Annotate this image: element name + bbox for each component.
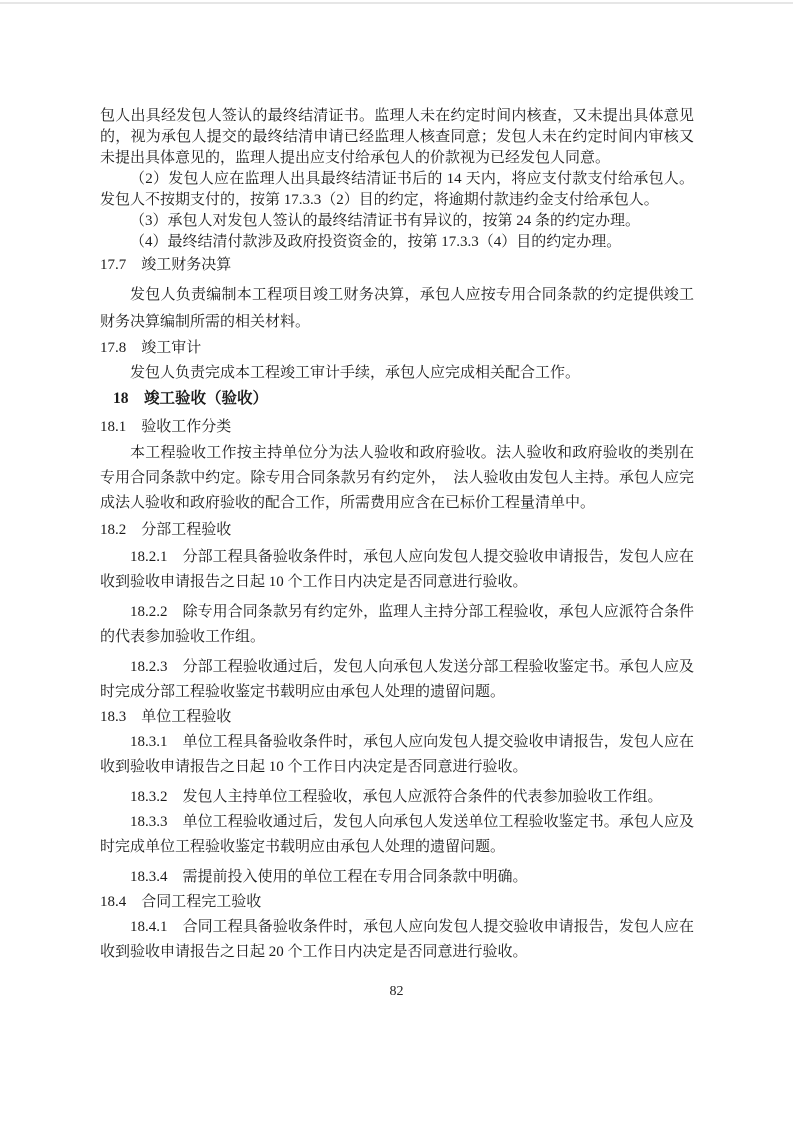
page-number: 82 xyxy=(0,984,793,1000)
paragraph-18-3-1: 18.3.1 单位工程具备验收条件时，承包人应向发包人提交验收申请报告，发包人应… xyxy=(100,730,694,780)
paragraph-18-3-3: 18.3.3 单位工程验收通过后，发包人向承包人发送单位工程验收鉴定书。承包人应… xyxy=(100,810,694,860)
paragraph-18-1: 本工程验收工作按主持单位分为法人验收和政府验收。法人验收和政府验收的类别在专用合… xyxy=(100,441,694,516)
paragraph-18-3-2: 18.3.2 发包人主持单位工程验收，承包人应派符合条件的代表参加验收工作组。 xyxy=(100,785,694,810)
paragraph-18-3-4: 18.3.4 需提前投入使用的单位工程在专用合同条款中明确。 xyxy=(100,865,694,890)
section-heading-18-3: 18.3 单位工程验收 xyxy=(100,705,694,730)
paragraph-18-2-2: 18.2.2 除专用合同条款另有约定外，监理人主持分部工程验收，承包人应派符合条… xyxy=(100,600,694,650)
list-item-4: （4）最终结清付款涉及政府投资资金的，按第 17.3.3（4）目的约定办理。 xyxy=(100,232,694,253)
document-page: 包人出具经发包人签认的最终结清证书。监理人未在约定时间内核查，又未提出具体意见的… xyxy=(0,0,793,1122)
paragraph-18-2-1: 18.2.1 分部工程具备验收条件时，承包人应向发包人提交验收申请报告，发包人应… xyxy=(100,545,694,595)
paragraph-17-7: 发包人负责编制本工程项目竣工财务决算，承包人应按专用合同条款的约定提供竣工财务决… xyxy=(100,282,694,336)
paragraph-18-2-3: 18.2.3 分部工程验收通过后，发包人向承包人发送分部工程验收鉴定书。承包人应… xyxy=(100,655,694,705)
section-heading-18-2: 18.2 分部工程验收 xyxy=(100,518,694,543)
section-heading-18-4: 18.4 合同工程完工验收 xyxy=(100,890,694,915)
clause-continuation-paragraph: 包人出具经发包人签认的最终结清证书。监理人未在约定时间内核查，又未提出具体意见的… xyxy=(100,106,694,169)
section-heading-17-7: 17.7 竣工财务决算 xyxy=(100,255,694,276)
section-heading-18-1: 18.1 验收工作分类 xyxy=(100,415,694,439)
paragraph-17-8: 发包人负责完成本工程竣工审计手续，承包人应完成相关配合工作。 xyxy=(100,361,694,385)
list-item-2: （2）发包人应在监理人出具最终结清证书后的 14 天内，将应支付款支付给承包人。… xyxy=(100,169,694,211)
list-item-3: （3）承包人对发包人签认的最终结清证书有异议的，按第 24 条的约定办理。 xyxy=(100,211,694,232)
section-heading-17-8: 17.8 竣工审计 xyxy=(100,337,694,359)
paragraph-18-4-1: 18.4.1 合同工程具备验收条件时，承包人应向发包人提交验收申请报告，发包人应… xyxy=(100,915,694,965)
scan-artifact-line xyxy=(0,2,793,4)
page-body: 包人出具经发包人签认的最终结清证书。监理人未在约定时间内核查，又未提出具体意见的… xyxy=(100,106,694,965)
chapter-heading-18: 18 竣工验收（验收） xyxy=(113,387,694,411)
